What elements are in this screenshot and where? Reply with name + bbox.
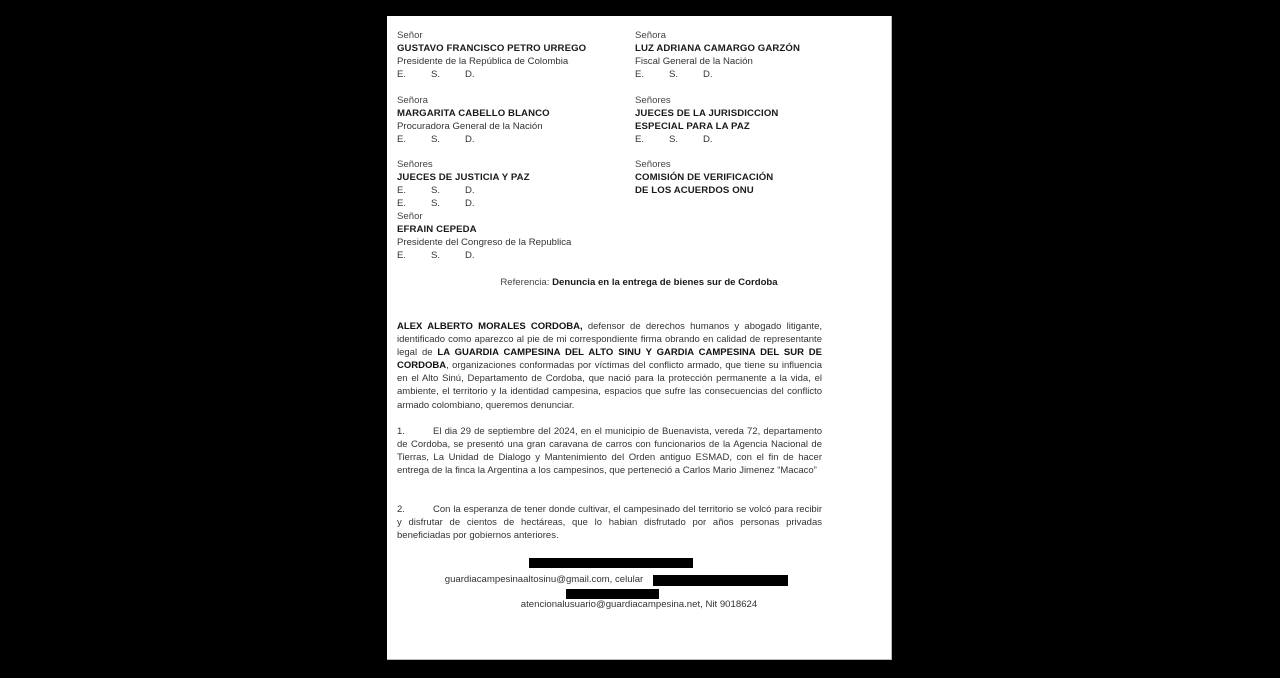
addressee-name-line2: DE LOS ACUERDOS ONU: [635, 185, 773, 198]
addressee-jep: Señores JUECES DE LA JURISDICCION ESPECI…: [635, 95, 778, 147]
addressee-role: Fiscal General de la Nación: [635, 56, 800, 69]
esd-line: E. S. D.: [397, 250, 571, 263]
esd-line: E. S. D.: [635, 69, 800, 82]
footer-email-1: guardiacampesinaaltosinu@gmail.com, celu…: [445, 574, 644, 585]
addressee-camargo: Señora LUZ ADRIANA CAMARGO GARZÓN Fiscal…: [635, 30, 800, 82]
addressee-role: Presidente del Congreso de la Republica: [397, 237, 571, 250]
esd-line: E. S. D.: [397, 198, 530, 211]
addressee-justicia-paz: Señores JUECES DE JUSTICIA Y PAZ E. S. D…: [397, 159, 530, 211]
point-number: 2.: [397, 503, 433, 516]
redaction-bar: [653, 575, 788, 586]
addressee-name: MARGARITA CABELLO BLANCO: [397, 108, 550, 121]
addressee-role: Procuradora General de la Nación: [397, 121, 550, 134]
addressee-name: LUZ ADRIANA CAMARGO GARZÓN: [635, 43, 800, 56]
salutation: Señores: [635, 95, 778, 108]
point-2: 2.Con la esperanza de tener donde cultiv…: [397, 503, 822, 542]
esd-line: E. S. D.: [635, 134, 778, 147]
addressee-name: EFRAIN CEPEDA: [397, 224, 571, 237]
addressee-cepeda: Señor EFRAIN CEPEDA Presidente del Congr…: [397, 211, 571, 263]
addressee-name-line1: COMISIÓN DE VERIFICACIÓN: [635, 172, 773, 185]
addressee-role: Presidente de la República de Colombia: [397, 56, 586, 69]
salutation: Señores: [397, 159, 530, 172]
reference-label: Referencia:: [500, 277, 549, 288]
salutation: Señores: [635, 159, 773, 172]
document-page: Señor GUSTAVO FRANCISCO PETRO URREGO Pre…: [387, 16, 892, 660]
addressee-comision-onu: Señores COMISIÓN DE VERIFICACIÓN DE LOS …: [635, 159, 773, 198]
esd-line: E. S. D.: [397, 185, 530, 198]
salutation: Señora: [635, 30, 800, 43]
footer-contact-line: guardiacampesinaaltosinu@gmail.com, celu…: [387, 574, 891, 585]
addressee-name: GUSTAVO FRANCISCO PETRO URREGO: [397, 43, 586, 56]
addressee-name: JUECES DE JUSTICIA Y PAZ: [397, 172, 530, 185]
addressee-petro: Señor GUSTAVO FRANCISCO PETRO URREGO Pre…: [397, 30, 586, 82]
addressee-name-line1: JUECES DE LA JURISDICCION: [635, 108, 778, 121]
point-text: Con la esperanza de tener donde cultivar…: [397, 504, 822, 541]
salutation: Señor: [397, 30, 586, 43]
addressee-cabello: Señora MARGARITA CABELLO BLANCO Procurad…: [397, 95, 550, 147]
footer-email-2: atencionalusuario@guardiacampesina.net, …: [521, 599, 757, 610]
esd-line: E. S. D.: [397, 134, 550, 147]
intro-paragraph: ALEX ALBERTO MORALES CORDOBA, defensor d…: [397, 320, 822, 412]
redaction-bar: [529, 558, 693, 568]
reference-text: Denuncia en la entrega de bienes sur de …: [552, 277, 778, 288]
reference-line: Referencia: Denuncia en la entrega de bi…: [387, 277, 891, 288]
point-1: 1.El dia 29 de septiembre del 2024, en e…: [397, 425, 822, 477]
salutation: Señor: [397, 211, 571, 224]
salutation: Señora: [397, 95, 550, 108]
point-number: 1.: [397, 425, 433, 438]
addressee-name-line2: ESPECIAL PARA LA PAZ: [635, 121, 778, 134]
footer-email-line: atencionalusuario@guardiacampesina.net, …: [387, 599, 891, 610]
redaction-bar: [566, 589, 659, 599]
point-text: El dia 29 de septiembre del 2024, en el …: [397, 426, 822, 476]
esd-line: E. S. D.: [397, 69, 586, 82]
